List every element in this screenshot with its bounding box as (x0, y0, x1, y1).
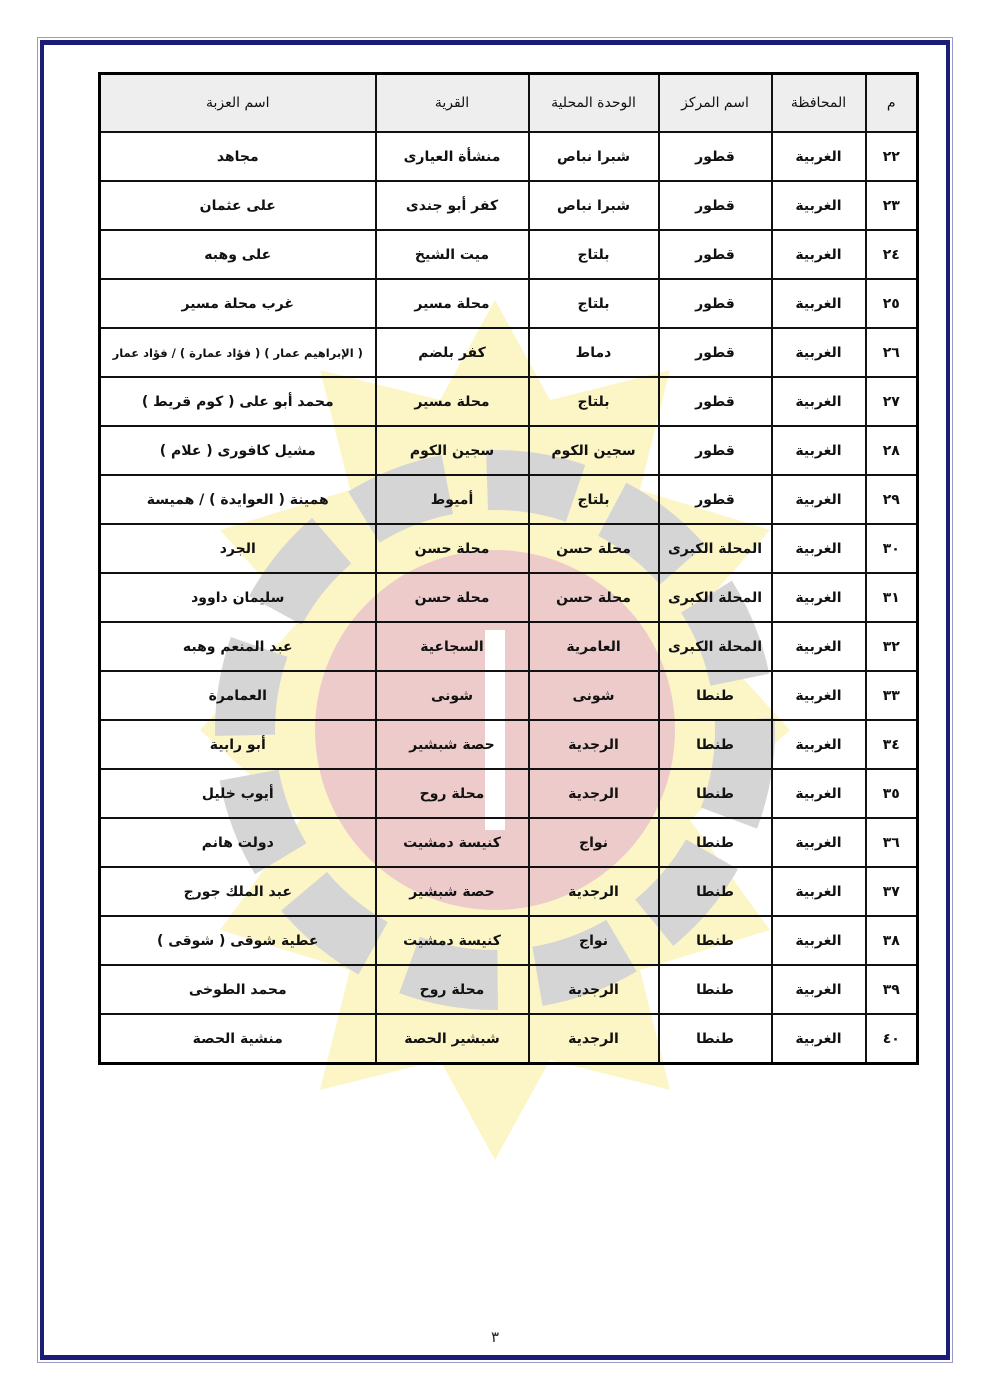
cell-local-unit: الرجدية (529, 1014, 659, 1064)
cell-local-unit: شبرا نباص (529, 132, 659, 181)
cell-ezba: أيوب خليل (100, 769, 376, 818)
cell-village: محلة روح (376, 769, 529, 818)
cell-local-unit: بلتاج (529, 279, 659, 328)
cell-governorate: الغربية (772, 818, 866, 867)
cell-governorate: الغربية (772, 132, 866, 181)
header-governorate: المحافظة (772, 74, 866, 133)
cell-center: قطور (659, 279, 772, 328)
table-row: ٢٧الغربيةقطوربلتاجمحلة مسيرمحمد أبو على … (100, 377, 918, 426)
header-center: اسم المركز (659, 74, 772, 133)
table-row: ٣٦الغربيةطنطانواجكنيسة دمشيتدولت هانم (100, 818, 918, 867)
cell-ezba: همينة ( العوايدة ) / هميسة (100, 475, 376, 524)
table-row: ٣٠الغربيةالمحلة الكبرىمحلة حسنمحلة حسنال… (100, 524, 918, 573)
table-row: ٣٢الغربيةالمحلة الكبرىالعامريةالسجاعيةعب… (100, 622, 918, 671)
cell-village: محلة روح (376, 965, 529, 1014)
cell-governorate: الغربية (772, 867, 866, 916)
cell-num: ٣٠ (866, 524, 918, 573)
cell-center: طنطا (659, 769, 772, 818)
cell-village: كفر أبو جندى (376, 181, 529, 230)
table-row: ٣٥الغربيةطنطاالرجديةمحلة روحأيوب خليل (100, 769, 918, 818)
cell-ezba: محمد أبو على ( كوم قريط ) (100, 377, 376, 426)
cell-center: قطور (659, 181, 772, 230)
cell-num: ٤٠ (866, 1014, 918, 1064)
cell-local-unit: محلة حسن (529, 573, 659, 622)
cell-village: منشأة العيارى (376, 132, 529, 181)
header-village: القرية (376, 74, 529, 133)
cell-governorate: الغربية (772, 230, 866, 279)
cell-ezba: ( الإبراهيم عمار ) ( فؤاد عمارة ) / فؤاد… (100, 328, 376, 377)
cell-village: كفر بلضم (376, 328, 529, 377)
cell-governorate: الغربية (772, 720, 866, 769)
cell-ezba: الجرد (100, 524, 376, 573)
header-local-unit: الوحدة المحلية (529, 74, 659, 133)
cell-local-unit: الرجدية (529, 965, 659, 1014)
cell-local-unit: شونى (529, 671, 659, 720)
table-row: ٣٣الغربيةطنطاشونىشونىالعمامرة (100, 671, 918, 720)
cell-village: محلة حسن (376, 524, 529, 573)
table-row: ٣٤الغربيةطنطاالرجديةحصة شبشيرأبو رابية (100, 720, 918, 769)
cell-center: طنطا (659, 1014, 772, 1064)
cell-local-unit: نواج (529, 818, 659, 867)
cell-num: ٣٥ (866, 769, 918, 818)
cell-num: ٢٣ (866, 181, 918, 230)
cell-num: ٢٥ (866, 279, 918, 328)
cell-ezba: عبد المنعم وهبه (100, 622, 376, 671)
table-row: ٤٠الغربيةطنطاالرجديةشبشير الحصةمنشية الح… (100, 1014, 918, 1064)
cell-village: حصة شبشير (376, 867, 529, 916)
cell-village: محلة حسن (376, 573, 529, 622)
cell-center: قطور (659, 132, 772, 181)
cell-local-unit: بلتاج (529, 377, 659, 426)
cell-ezba: على وهبه (100, 230, 376, 279)
cell-local-unit: دماط (529, 328, 659, 377)
cell-local-unit: الرجدية (529, 867, 659, 916)
cell-ezba: غرب محلة مسير (100, 279, 376, 328)
cell-village: شبشير الحصة (376, 1014, 529, 1064)
cell-village: حصة شبشير (376, 720, 529, 769)
cell-num: ٢٩ (866, 475, 918, 524)
cell-ezba: مشيل كافورى ( علام ) (100, 426, 376, 475)
cell-governorate: الغربية (772, 573, 866, 622)
cell-center: طنطا (659, 965, 772, 1014)
cell-village: السجاعية (376, 622, 529, 671)
table-row: ٣٩الغربيةطنطاالرجديةمحلة روحمحمد الطوخى (100, 965, 918, 1014)
table-row: ٢٥الغربيةقطوربلتاجمحلة مسيرغرب محلة مسير (100, 279, 918, 328)
cell-local-unit: بلتاج (529, 475, 659, 524)
cell-num: ٢٨ (866, 426, 918, 475)
cell-governorate: الغربية (772, 965, 866, 1014)
cell-governorate: الغربية (772, 279, 866, 328)
cell-governorate: الغربية (772, 671, 866, 720)
cell-center: قطور (659, 328, 772, 377)
cell-local-unit: سجين الكوم (529, 426, 659, 475)
cell-ezba: محمد الطوخى (100, 965, 376, 1014)
cell-center: طنطا (659, 818, 772, 867)
cell-num: ٢٤ (866, 230, 918, 279)
cell-local-unit: العامرية (529, 622, 659, 671)
cell-village: سجين الكوم (376, 426, 529, 475)
table-row: ٣١الغربيةالمحلة الكبرىمحلة حسنمحلة حسنسل… (100, 573, 918, 622)
cell-num: ٣٧ (866, 867, 918, 916)
cell-num: ٣٦ (866, 818, 918, 867)
cell-ezba: دولت هانم (100, 818, 376, 867)
cell-governorate: الغربية (772, 916, 866, 965)
cell-center: قطور (659, 426, 772, 475)
cell-ezba: على عثمان (100, 181, 376, 230)
cell-local-unit: شبرا نباص (529, 181, 659, 230)
cell-governorate: الغربية (772, 181, 866, 230)
cell-center: المحلة الكبرى (659, 573, 772, 622)
table-row: ٢٨الغربيةقطورسجين الكومسجين الكوممشيل كا… (100, 426, 918, 475)
cell-governorate: الغربية (772, 475, 866, 524)
header-ezba: اسم العزبة (100, 74, 376, 133)
table-header-row: م المحافظة اسم المركز الوحدة المحلية الق… (100, 74, 918, 133)
table-row: ٣٨الغربيةطنطانواجكنيسة دمشيتعطية شوقى ( … (100, 916, 918, 965)
table-row: ٢٦الغربيةقطوردماطكفر بلضم( الإبراهيم عما… (100, 328, 918, 377)
cell-village: شونى (376, 671, 529, 720)
cell-center: طنطا (659, 867, 772, 916)
cell-local-unit: بلتاج (529, 230, 659, 279)
cell-governorate: الغربية (772, 377, 866, 426)
cell-local-unit: الرجدية (529, 720, 659, 769)
cell-ezba: أبو رابية (100, 720, 376, 769)
cell-governorate: الغربية (772, 769, 866, 818)
table-row: ٢٣الغربيةقطورشبرا نباصكفر أبو جندىعلى عث… (100, 181, 918, 230)
cell-center: المحلة الكبرى (659, 524, 772, 573)
cell-num: ٣٤ (866, 720, 918, 769)
cell-village: محلة مسير (376, 279, 529, 328)
cell-governorate: الغربية (772, 1014, 866, 1064)
cell-num: ٣٢ (866, 622, 918, 671)
cell-ezba: منشية الحصة (100, 1014, 376, 1064)
cell-village: ميت الشيخ (376, 230, 529, 279)
cell-center: قطور (659, 475, 772, 524)
cell-village: كنيسة دمشيت (376, 818, 529, 867)
page-number: ٣ (0, 1328, 990, 1346)
table-row: ٢٤الغربيةقطوربلتاجميت الشيخعلى وهبه (100, 230, 918, 279)
cell-ezba: عطية شوقى ( شوقى ) (100, 916, 376, 965)
cell-num: ٣٣ (866, 671, 918, 720)
table-row: ٢٢الغربيةقطورشبرا نباصمنشأة العيارىمجاهد (100, 132, 918, 181)
table-row: ٣٧الغربيةطنطاالرجديةحصة شبشيرعبد الملك ج… (100, 867, 918, 916)
cell-governorate: الغربية (772, 328, 866, 377)
cell-num: ٣٩ (866, 965, 918, 1014)
cell-center: طنطا (659, 916, 772, 965)
cell-num: ٢٦ (866, 328, 918, 377)
cell-center: طنطا (659, 720, 772, 769)
cell-governorate: الغربية (772, 622, 866, 671)
table-row: ٢٩الغربيةقطوربلتاجأميوطهمينة ( العوايدة … (100, 475, 918, 524)
cell-num: ٢٧ (866, 377, 918, 426)
cell-governorate: الغربية (772, 524, 866, 573)
cell-center: طنطا (659, 671, 772, 720)
cell-center: المحلة الكبرى (659, 622, 772, 671)
cell-village: كنيسة دمشيت (376, 916, 529, 965)
cell-num: ٣١ (866, 573, 918, 622)
header-num: م (866, 74, 918, 133)
cell-ezba: العمامرة (100, 671, 376, 720)
cell-local-unit: نواج (529, 916, 659, 965)
cell-local-unit: محلة حسن (529, 524, 659, 573)
cell-center: قطور (659, 377, 772, 426)
cell-village: أميوط (376, 475, 529, 524)
cell-num: ٣٨ (866, 916, 918, 965)
cell-center: قطور (659, 230, 772, 279)
cell-ezba: سليمان داوود (100, 573, 376, 622)
cell-local-unit: الرجدية (529, 769, 659, 818)
cell-village: محلة مسير (376, 377, 529, 426)
cell-num: ٢٢ (866, 132, 918, 181)
cell-ezba: عبد الملك جورج (100, 867, 376, 916)
cell-ezba: مجاهد (100, 132, 376, 181)
cell-governorate: الغربية (772, 426, 866, 475)
ezba-table: م المحافظة اسم المركز الوحدة المحلية الق… (98, 72, 919, 1065)
